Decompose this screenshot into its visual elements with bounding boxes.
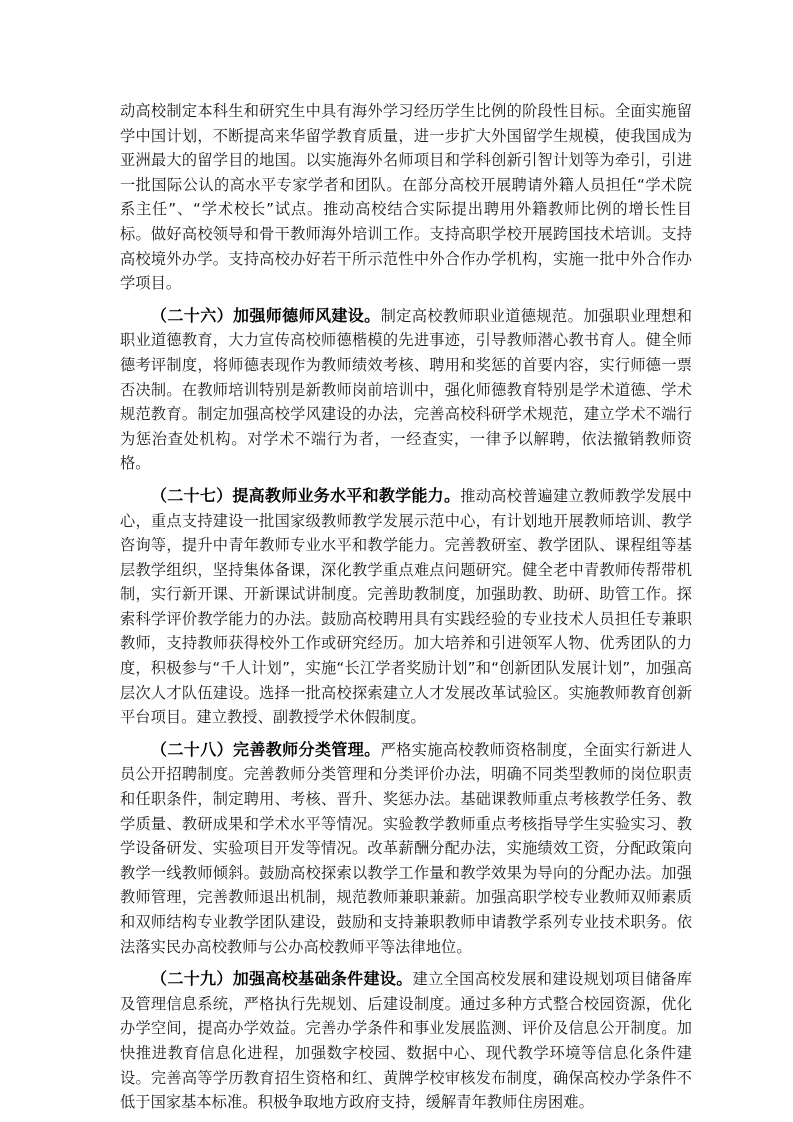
paragraph-27: （二十七）提高教师业务水平和教学能力。推动高校普遍建立教师教学发展中心，重点支持… — [120, 484, 692, 730]
paragraph-text: 动高校制定本科生和研究生中具有海外学习经历学生比例的阶段性目标。全面实施留学中国… — [120, 102, 692, 292]
section-heading: （二十八）完善教师分类管理。 — [151, 740, 381, 759]
paragraph-continued: 动高校制定本科生和研究生中具有海外学习经历学生比例的阶段性目标。全面实施留学中国… — [120, 99, 692, 296]
paragraph-text: 严格实施高校教师资格制度，全面实行新进人员公开招聘制度。完善教师分类管理和分类评… — [120, 741, 692, 956]
paragraph-text: 制定高校教师职业道德规范。加强职业理想和职业道德教育，大力宣传高校师德楷模的先进… — [120, 307, 692, 473]
paragraph-text: 建立全国高校发展和建设规划项目储备库及管理信息系统，严格执行先规划、后建设制度。… — [120, 970, 692, 1111]
section-heading: （二十六）加强师德师风建设。 — [151, 306, 381, 325]
document-page: 动高校制定本科生和研究生中具有海外学习经历学生比例的阶段性目标。全面实施留学中国… — [120, 99, 692, 1122]
paragraph-26: （二十六）加强师德师风建设。制定高校教师职业道德规范。加强职业理想和职业道德教育… — [120, 304, 692, 476]
paragraph-29: （二十九）加强高校基础条件建设。建立全国高校发展和建设规划项目储备库及管理信息系… — [120, 967, 692, 1115]
section-heading: （二十七）提高教师业务水平和教学能力。 — [151, 486, 460, 505]
section-heading: （二十九）加强高校基础条件建设。 — [151, 969, 413, 988]
paragraph-28: （二十八）完善教师分类管理。严格实施高校教师资格制度，全面实行新进人员公开招聘制… — [120, 738, 692, 959]
paragraph-text: 推动高校普遍建立教师教学发展中心，重点支持建设一批国家级教师教学发展示范中心，有… — [120, 487, 692, 726]
